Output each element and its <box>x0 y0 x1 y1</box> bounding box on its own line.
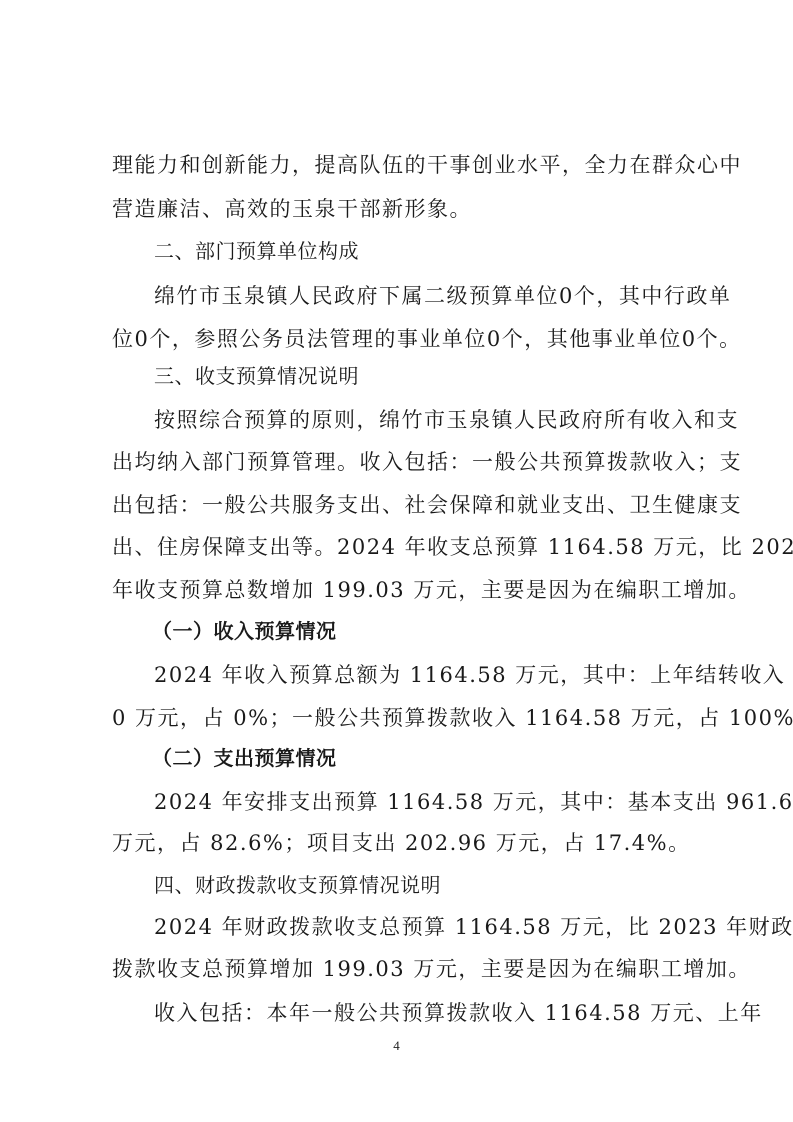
paragraph-line: 出、住房保障支出等。2024 年收支总预算 1164.58 万元，比 2023 <box>112 532 692 562</box>
paragraph-line: 按照综合预算的原则，绵竹市玉泉镇人民政府所有收入和支 <box>154 405 692 435</box>
paragraph-line: 年收支预算总数增加 199.03 万元，主要是因为在编职工增加。 <box>112 575 692 605</box>
paragraph-line: 收入包括：本年一般公共预算拨款收入 1164.58 万元、上年 <box>154 998 692 1028</box>
paragraph-line: 0 万元，占 0%；一般公共预算拨款收入 1164.58 万元，占 100%。 <box>112 703 692 733</box>
paragraph-line: 万元，占 82.6%；项目支出 202.96 万元，占 17.4%。 <box>112 828 692 858</box>
paragraph-line: 绵竹市玉泉镇人民政府下属二级预算单位0个，其中行政单 <box>154 281 692 311</box>
paragraph-line: 营造廉洁、高效的玉泉干部新形象。 <box>112 194 692 224</box>
paragraph-line: 2024 年财政拨款收支总预算 1164.58 万元，比 2023 年财政 <box>154 912 692 942</box>
paragraph-line: 出包括：一般公共服务支出、社会保障和就业支出、卫生健康支 <box>112 490 692 520</box>
paragraph-line: 拨款收支总预算增加 199.03 万元，主要是因为在编职工增加。 <box>112 954 692 984</box>
subsection-heading: （一）收入预算情况 <box>152 616 732 646</box>
section-heading: 三、收支预算情况说明 <box>154 361 734 391</box>
subsection-heading: （二）支出预算情况 <box>152 743 732 773</box>
paragraph-line: 位0个，参照公务员法管理的事业单位0个，其他事业单位0个。 <box>112 324 692 354</box>
document-page: 理能力和创新能力，提高队伍的干事创业水平，全力在群众心中 营造廉洁、高效的玉泉干… <box>0 0 793 1122</box>
paragraph-line: 2024 年安排支出预算 1164.58 万元，其中：基本支出 961.62 <box>154 787 692 817</box>
paragraph-line: 2024 年收入预算总额为 1164.58 万元，其中：上年结转收入 <box>154 660 692 690</box>
section-heading: 二、部门预算单位构成 <box>154 236 734 266</box>
section-heading: 四、财政拨款收支预算情况说明 <box>154 870 734 900</box>
paragraph-line: 出均纳入部门预算管理。收入包括：一般公共预算拨款收入；支 <box>112 447 692 477</box>
paragraph-line: 理能力和创新能力，提高队伍的干事创业水平，全力在群众心中 <box>112 150 692 180</box>
page-number: 4 <box>0 1038 793 1054</box>
